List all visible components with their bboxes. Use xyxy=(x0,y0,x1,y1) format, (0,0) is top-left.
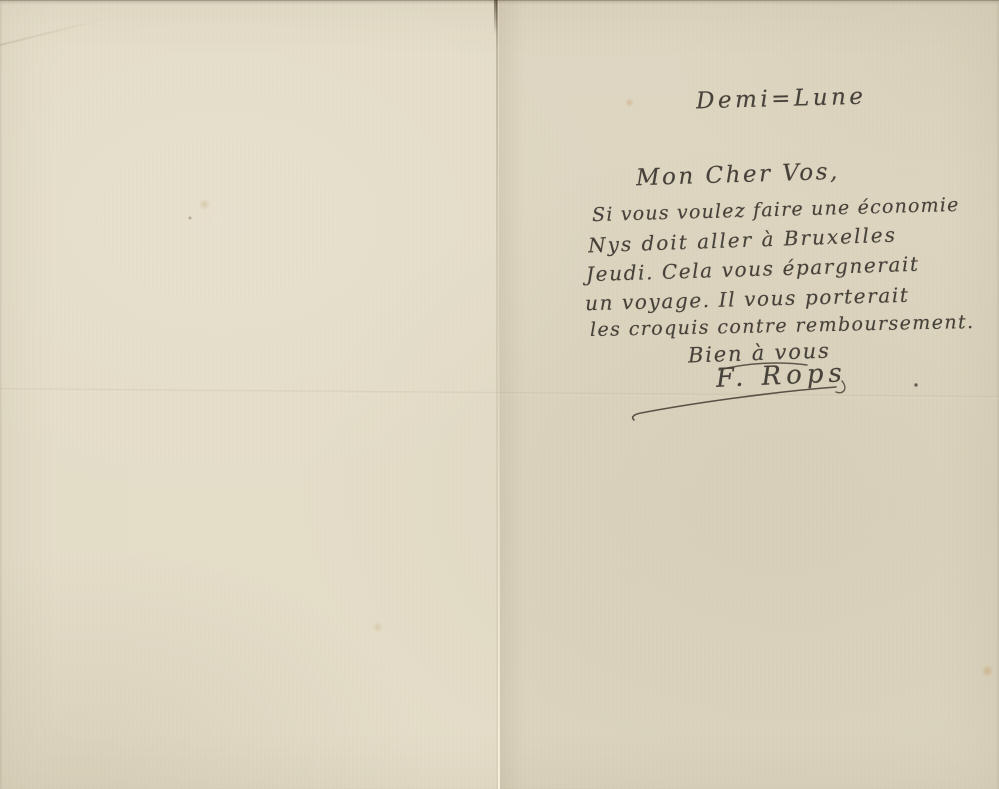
letter-signature: F. Rops xyxy=(715,358,847,394)
top-left-crease xyxy=(0,17,109,48)
foxing-spot xyxy=(981,665,994,677)
fold-top-notch xyxy=(494,0,497,34)
letter-heading: Demi=Lune xyxy=(696,84,867,115)
foxing-spot xyxy=(625,98,634,107)
letter-body-line: Si vous voulez faire une économie xyxy=(592,194,960,226)
vertical-fold-shadow xyxy=(499,0,525,789)
letter-body-line: Jeudi. Cela vous épargnerait xyxy=(586,252,920,286)
right-page-shading xyxy=(498,0,999,789)
letter-body-line: les croquis contre remboursement. xyxy=(590,311,975,341)
foxing-speck xyxy=(188,216,192,220)
letter-salutation: Mon Cher Vos, xyxy=(636,159,841,191)
letter-scan: Demi=Lune Mon Cher Vos, Si vous voulez f… xyxy=(0,0,999,789)
foxing-spot xyxy=(372,622,383,632)
foxing-spot xyxy=(198,199,211,210)
letter-body-line: Nys doit aller à Bruxelles xyxy=(588,223,898,258)
paper-top-edge xyxy=(0,0,999,1)
letter-body-line: un voyage. Il vous porterait xyxy=(585,283,910,315)
vertical-fold-highlight xyxy=(498,300,500,789)
